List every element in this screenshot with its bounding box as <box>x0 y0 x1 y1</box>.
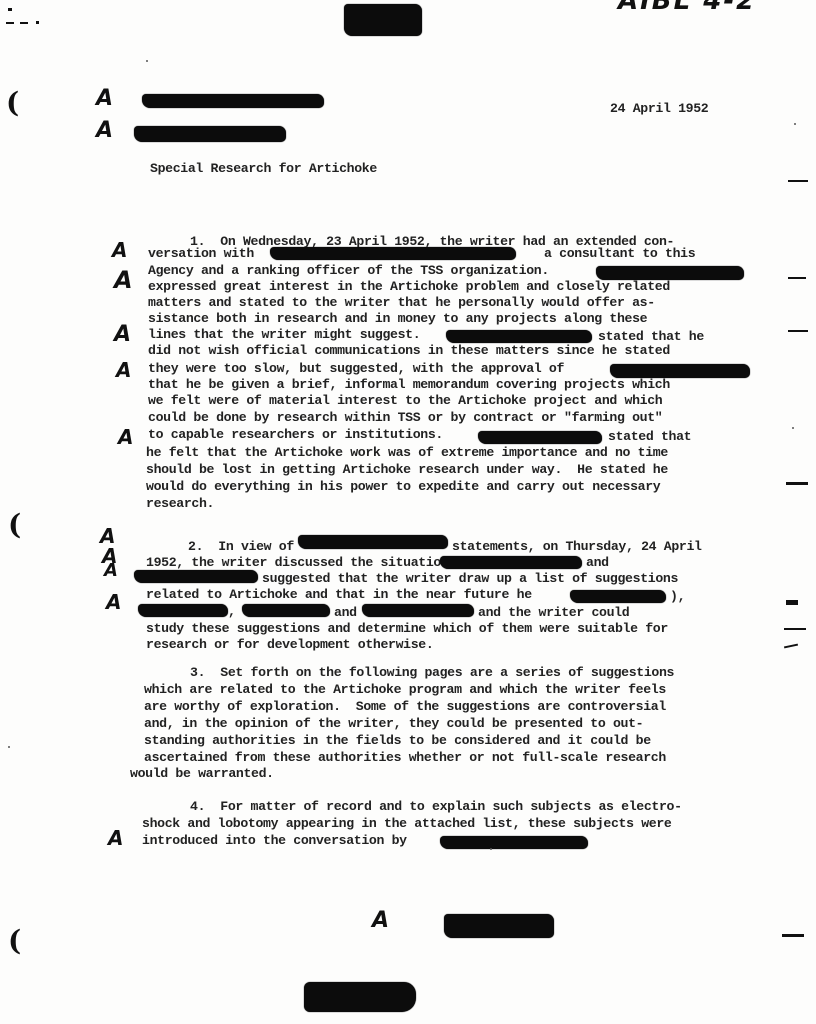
paragraph-1-line: a consultant to this <box>544 247 695 261</box>
paragraph-2-line: 1952, the writer discussed the situation… <box>146 556 486 570</box>
paragraph-1-line: versation with <box>148 247 254 261</box>
binding-hole-mark: ( <box>6 86 19 119</box>
paragraph-3-line: standing authorities in the fields to be… <box>144 734 651 748</box>
paragraph-1-line: stated that he <box>598 330 704 344</box>
margin-mark <box>788 180 808 182</box>
redaction-name <box>242 604 330 617</box>
paragraph-1-line: we felt were of material interest to the… <box>148 394 662 408</box>
paragraph-2-line: related to Artichoke and that in the nea… <box>146 588 532 602</box>
paragraph-4-line: 4. For matter of record and to explain s… <box>190 800 682 814</box>
release-annotation: A <box>106 590 121 614</box>
paragraph-1-line: he felt that the Artichoke work was of e… <box>146 446 668 460</box>
paragraph-3-line: are worthy of exploration. Some of the s… <box>144 700 666 714</box>
paragraph-1-line: expressed great interest in the Artichok… <box>148 280 670 294</box>
paragraph-1-line: matters and stated to the writer that he… <box>148 296 655 310</box>
margin-mark <box>784 628 806 630</box>
paragraph-1-line: that he be given a brief, informal memor… <box>148 378 670 392</box>
margin-mark <box>784 644 798 649</box>
redaction-name <box>270 247 516 260</box>
release-annotation: A <box>118 425 133 449</box>
paragraph-1-line: should be lost in getting Artichoke rese… <box>146 463 668 477</box>
redaction-name <box>610 364 750 378</box>
paragraph-2-line: and <box>586 556 609 570</box>
redaction-name <box>134 570 258 583</box>
redaction-name <box>570 590 666 603</box>
release-annotation: A <box>116 358 131 382</box>
paragraph-1-line: to capable researchers or institutions. <box>148 428 443 442</box>
redaction-name <box>596 266 744 280</box>
redaction-name <box>440 556 582 569</box>
paragraph-2-line: and the writer could <box>478 606 629 620</box>
paragraph-4-line: shock and lobotomy appearing in the atta… <box>142 817 671 831</box>
margin-mark <box>788 330 808 332</box>
paragraph-1-line: sistance both in research and in money t… <box>148 312 647 326</box>
redaction-name <box>478 431 602 444</box>
paragraph-2-line: , <box>228 605 236 619</box>
redaction-name <box>446 330 592 343</box>
release-annotation: A <box>114 266 133 294</box>
margin-mark <box>786 482 808 485</box>
paragraph-1-line: did not wish official communications in … <box>148 344 670 358</box>
release-annotation: A <box>108 826 123 850</box>
margin-mark <box>8 8 12 11</box>
release-annotation: A <box>96 86 113 111</box>
release-annotation: A <box>112 238 127 262</box>
paragraph-3-line: which are related to the Artichoke progr… <box>144 683 666 697</box>
file-reference-annotation: AIBL 4-2 <box>618 0 756 16</box>
scan-speck <box>146 60 148 62</box>
paragraph-2-line: 2. In view of <box>188 540 294 554</box>
scan-speck <box>490 848 492 850</box>
paragraph-1-line: lines that the writer might suggest. <box>148 328 420 342</box>
document-date: 24 April 1952 <box>610 102 708 116</box>
paragraph-2-line: suggested that the writer draw up a list… <box>262 572 678 586</box>
paragraph-2-line: research or for development otherwise. <box>146 638 433 652</box>
binding-hole-mark: ( <box>8 924 21 957</box>
paragraph-1-line: could be done by research within TSS or … <box>148 411 662 425</box>
redaction-signature <box>444 914 554 938</box>
binding-hole-mark: ( <box>8 508 21 541</box>
redaction-name <box>298 535 448 549</box>
redaction-name <box>138 604 228 617</box>
scan-speck <box>8 746 10 748</box>
document-subject: Special Research for Artichoke <box>150 162 377 176</box>
release-annotation: A <box>114 322 131 347</box>
release-annotation: A <box>104 560 118 581</box>
release-annotation: A <box>96 118 113 143</box>
paragraph-2-line: study these suggestions and determine wh… <box>146 622 668 636</box>
margin-mark <box>36 21 39 24</box>
redaction-addressee <box>142 94 324 108</box>
margin-mark <box>782 934 804 937</box>
paragraph-1-line: stated that <box>608 430 691 444</box>
redaction-name <box>362 604 474 617</box>
margin-mark <box>786 600 798 605</box>
margin-mark <box>20 22 28 24</box>
scan-speck <box>792 427 794 429</box>
paragraph-1-line: would do everything in his power to expe… <box>146 480 660 494</box>
paragraph-1-line: research. <box>146 497 214 511</box>
paragraph-2-line: and <box>334 606 357 620</box>
signature-release-annotation: A <box>372 908 389 933</box>
redaction-top-classification <box>344 4 422 36</box>
margin-mark <box>6 22 14 24</box>
paragraph-3-line: 3. Set forth on the following pages are … <box>190 666 674 680</box>
paragraph-3-line: and, in the opinion of the writer, they … <box>144 717 643 731</box>
scan-speck <box>794 123 796 125</box>
redaction-name <box>440 836 588 849</box>
paragraph-2-line: statements, on Thursday, 24 April <box>452 540 702 554</box>
paragraph-2-line: ), <box>670 590 685 604</box>
paragraph-1-line: Agency and a ranking officer of the TSS … <box>148 264 549 278</box>
paragraph-3-line: ascertained from these authorities wheth… <box>144 751 666 765</box>
paragraph-3-line: would be warranted. <box>130 767 274 781</box>
paragraph-1-line: they were too slow, but suggested, with … <box>148 362 564 376</box>
redaction-addressee <box>134 126 286 142</box>
margin-mark <box>788 277 806 279</box>
paragraph-4-line: introduced into the conversation by <box>142 834 407 848</box>
redaction-footer <box>304 982 416 1012</box>
